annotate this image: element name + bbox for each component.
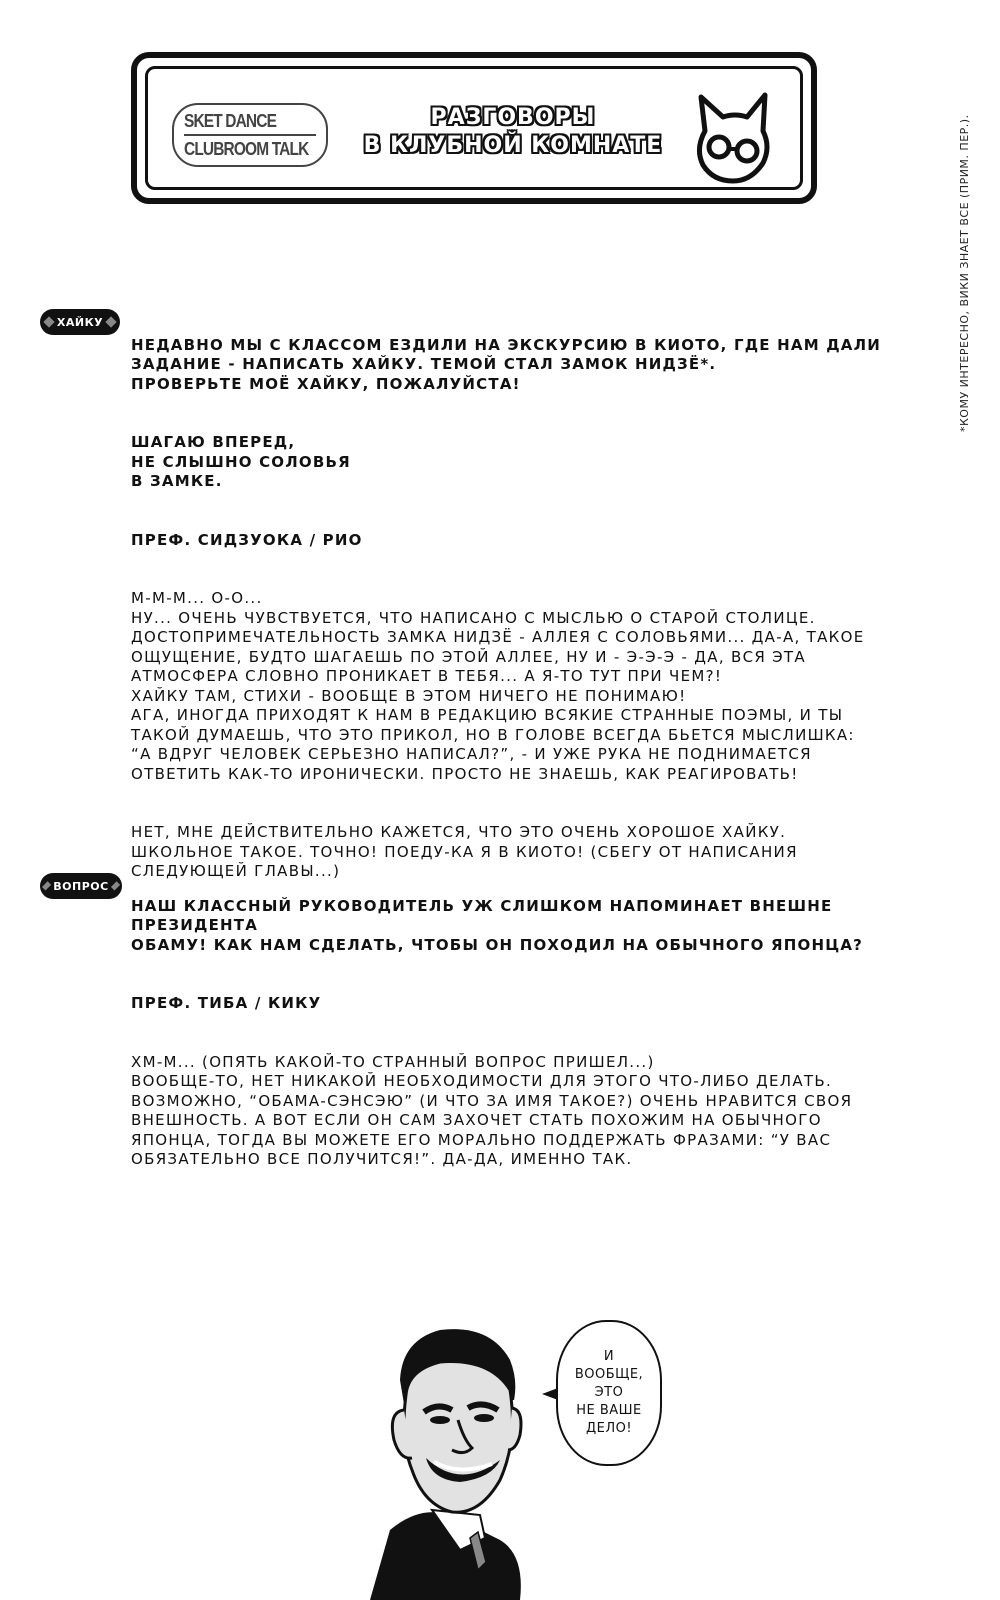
speech-bubble: И вообще, это не ваше дело! bbox=[556, 1320, 662, 1466]
title-line-2: в клубной комнате bbox=[343, 132, 683, 160]
haiku-poem: Шагаю вперед, не слышно соловья в замке. bbox=[131, 433, 931, 492]
question-signature: Преф. Тиба / Кику bbox=[131, 994, 931, 1014]
sket-dance-logo: SKET DANCE CLUBROOM TALK bbox=[172, 103, 328, 167]
haiku-answer-part-1: М-м-м... О-о... Ну... Очень чувствуется,… bbox=[131, 589, 931, 784]
haiku-question: Недавно мы с классом ездили на экскурсию… bbox=[131, 336, 931, 395]
haiku-signature: Преф. Сидзуока / Рио bbox=[131, 531, 931, 551]
caricature-portrait-icon bbox=[360, 1300, 560, 1600]
cat-with-glasses-icon bbox=[693, 91, 773, 187]
header-inner-frame: SKET DANCE CLUBROOM TALK Разговоры в клу… bbox=[145, 66, 803, 190]
question-answer: Хм-м... (Опять какой-то странный вопрос … bbox=[131, 1053, 931, 1170]
haiku-tag-label: Хайку bbox=[57, 316, 103, 329]
header-banner: SKET DANCE CLUBROOM TALK Разговоры в клу… bbox=[131, 52, 817, 204]
haiku-section: Недавно мы с классом ездили на экскурсию… bbox=[131, 316, 931, 901]
page-title: Разговоры в клубной комнате bbox=[343, 104, 683, 160]
haiku-answer-part-2: Нет, мне действительно кажется, что это … bbox=[131, 823, 931, 882]
logo-divider bbox=[184, 134, 316, 136]
haiku-tag: Хайку bbox=[40, 309, 120, 335]
translator-footnote: *Кому интересно, вики знает все (прим. п… bbox=[958, 102, 971, 432]
question-tag: Вопрос bbox=[40, 873, 122, 899]
question-tag-label: Вопрос bbox=[53, 880, 108, 893]
title-line-1: Разговоры bbox=[343, 104, 683, 132]
logo-line-1: SKET DANCE bbox=[184, 109, 298, 134]
question-text: Наш классный руководитель уж слишком нап… bbox=[131, 897, 931, 956]
question-section: Наш классный руководитель уж слишком нап… bbox=[131, 877, 931, 1189]
logo-line-2: CLUBROOM TALK bbox=[184, 137, 298, 162]
